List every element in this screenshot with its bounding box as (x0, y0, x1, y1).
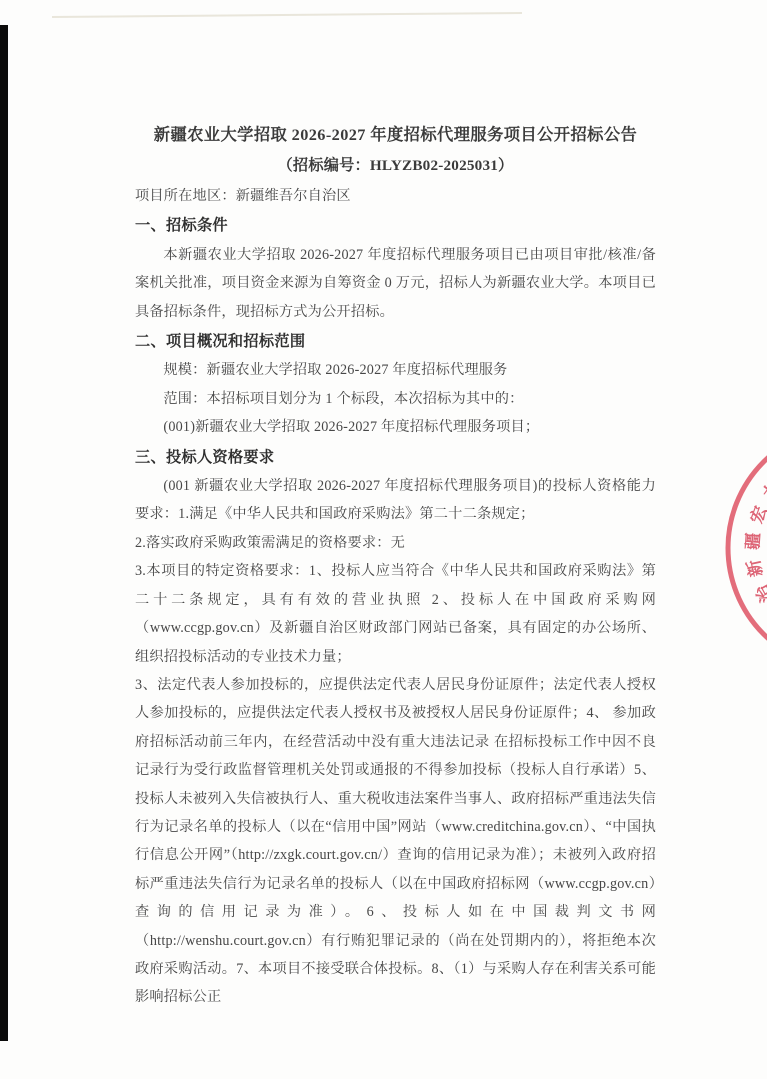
section-heading: 一、招标条件 (135, 212, 656, 240)
body-paragraph: 3、法定代表人参加投标的，应提供法定代表人居民身份证原件；法定代表人授权人参加投… (135, 671, 656, 1012)
body-paragraph: 本新疆农业大学招取 2026-2027 年度招标代理服务项目已由项目审批/核准/… (135, 241, 656, 326)
document-content: 新疆农业大学招取 2026-2027 年度招标代理服务项目公开招标公告 （招标编… (135, 120, 656, 1012)
tender-number: （招标编号：HLYZB02-2025031） (135, 150, 656, 182)
sections-container: 一、招标条件本新疆农业大学招取 2026-2027 年度招标代理服务项目已由项目… (135, 212, 656, 1011)
body-paragraph: 3.本项目的特定资格要求：1、投标人应当符合《中华人民共和国政府采购法》第二十二… (135, 557, 656, 671)
body-paragraph: 2.落实政府采购政策需满足的资格要求：无 (135, 529, 656, 557)
scanned-page: 新疆农业大学招取 2026-2027 年度招标代理服务项目公开招标公告 （招标编… (0, 0, 767, 1079)
section-heading: 三、投标人资格要求 (135, 444, 656, 472)
section-heading: 二、项目概况和招标范围 (135, 328, 656, 356)
scan-left-edge (0, 25, 8, 1041)
body-paragraph: 范围：本招标项目划分为 1 个标段，本次招标为其中的： (135, 385, 656, 413)
body-paragraph: 规模：新疆农业大学招取 2026-2027 年度招标代理服务 (135, 356, 656, 384)
body-paragraph: (001)新疆农业大学招取 2026-2027 年度招标代理服务项目； (135, 413, 656, 441)
project-location: 项目所在地区：新疆维吾尔自治区 (135, 182, 656, 210)
document-title: 新疆农业大学招取 2026-2027 年度招标代理服务项目公开招标公告 (135, 120, 656, 150)
body-paragraph: (001 新疆农业大学招取 2026-2027 年度招标代理服务项目)的投标人资… (135, 472, 656, 529)
